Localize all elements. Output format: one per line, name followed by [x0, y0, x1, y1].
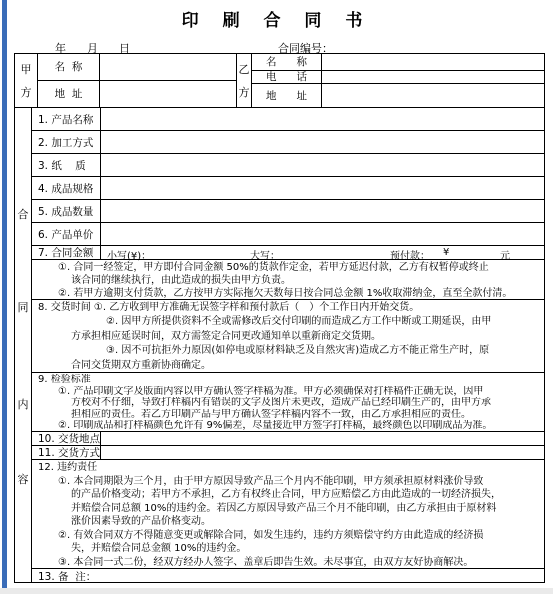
- product-name-row: 1. 产品名称: [32, 108, 544, 131]
- party-a-char-2: 方: [21, 84, 32, 100]
- clause-line: 失，并赔偿合同总金额 10%的违约金。: [32, 542, 544, 556]
- party-b-name-field[interactable]: [322, 54, 544, 70]
- clause-line: 9. 检验标准: [32, 374, 544, 386]
- product-quantity-field[interactable]: [101, 200, 544, 222]
- delivery-time-clause: 8. 交货时间 ①. 乙方收到甲方准确无误签字样和预付款后（ ）个工作日内开始交…: [32, 300, 544, 373]
- processing-method-field[interactable]: [101, 131, 544, 153]
- unit-price-row: 6. 产品单价: [32, 223, 544, 246]
- content-side-label: 合 同 内 容: [15, 108, 32, 582]
- unit-price-field[interactable]: [101, 223, 544, 245]
- clause-line: 该合同的继续执行，由此造成的损失由甲方负责。: [32, 274, 544, 287]
- clause-line: ①. 本合同期限为三个月，由于甲方原因导致产品三个月内不能印刷，甲方须承担原材料…: [32, 475, 544, 489]
- party-b-side-label: 乙 方: [237, 54, 252, 107]
- side-char-3: 内: [15, 396, 31, 412]
- party-b-char-2: 方: [239, 84, 250, 100]
- party-a-name-row: 名 称: [38, 54, 236, 81]
- clause-line: ③. 本合同一式二份，经双方经办人签字、盖章后即告生效。未尽事宜，由双方友好协商…: [32, 556, 544, 570]
- clause-line: ②. 因甲方所提供资料不全或需修改后交付印刷的而造成乙方工作中断或工期延误，由甲: [32, 315, 544, 329]
- party-b-name-label: 名 称: [252, 54, 322, 70]
- product-quantity-row: 5. 成品数量: [32, 200, 544, 223]
- remarks-row[interactable]: 13. 备 注：: [32, 569, 544, 584]
- party-a-char-1: 甲: [21, 61, 32, 77]
- contract-amount-label: 7. 合同金额: [32, 246, 101, 259]
- clause-line: ③. 因不可抗拒外力原因(如停电或原材料缺乏及自然灾害)造成乙方不能正常生产时，…: [32, 344, 544, 358]
- product-spec-row: 4. 成品规格: [32, 177, 544, 200]
- clause-line: ②. 有效合同双方不得随意变更或解除合同，如发生违约，违约方须赔偿守约方由此造成…: [32, 529, 544, 543]
- side-char-1: 合: [15, 206, 31, 222]
- party-b-char-1: 乙: [239, 61, 250, 77]
- party-a-rows: 名 称 地 址: [38, 54, 236, 107]
- delivery-method-label: 11. 交货方式: [32, 446, 101, 459]
- content-main: 1. 产品名称 2. 加工方式 3. 纸 质 4. 成品规格 5. 成品数量: [32, 108, 544, 582]
- party-a-side-label: 甲 方: [15, 54, 38, 107]
- clause-line: ①. 合同一经签定，甲方即付合同金额 50%的货款作定金，若甲方延迟付款，乙方有…: [32, 261, 544, 274]
- delivery-place-field[interactable]: [101, 432, 544, 445]
- delivery-place-row: 10. 交货地点: [32, 432, 544, 446]
- contract-amount-fields[interactable]: 小写(¥)： 大写： 预付款： ¥ 元: [101, 246, 544, 259]
- party-b-name-row: 名 称: [252, 54, 544, 71]
- product-name-field[interactable]: [101, 108, 544, 130]
- product-quantity-label: 5. 成品数量: [32, 200, 101, 222]
- amount-uppercase-label: 大写：: [250, 247, 280, 262]
- yuan-unit-label: 元: [500, 247, 510, 262]
- party-b-address-row: 地 址: [252, 84, 544, 107]
- prepayment-label: 预付款：: [390, 247, 430, 262]
- party-b-phone-label: 电 话: [252, 71, 322, 83]
- parties-header: 甲 方 名 称 地 址 乙 方: [15, 54, 544, 108]
- delivery-place-label: 10. 交货地点: [32, 432, 101, 445]
- window-edge-bar: [2, 0, 7, 588]
- clause-line: 涨价因素导致的产品价格变动。: [32, 515, 544, 529]
- clause-line: 8. 交货时间 ①. 乙方收到甲方准确无误签字样和预付款后（ ）个工作日内开始交…: [32, 301, 544, 315]
- currency-symbol: ¥: [443, 247, 449, 258]
- product-spec-field[interactable]: [101, 177, 544, 199]
- side-char-2: 同: [15, 299, 31, 315]
- page-bottom-edge: [0, 588, 553, 594]
- party-a-name-label: 名 称: [38, 54, 100, 80]
- party-a-address-label: 地 址: [38, 81, 100, 107]
- clause-line: 方承担相应延误时间，双方需签定合同更改通知单以重新商定交货期。: [32, 330, 544, 344]
- clause-line: 担相应的责任。若乙方印刷产品与甲方确认签字样稿内容不一致，由乙方承担相应的责任。: [32, 409, 544, 421]
- clause-line: 合同交货期双方重新协商确定。: [32, 359, 544, 373]
- contract-table: 甲 方 名 称 地 址 乙 方: [14, 53, 545, 583]
- party-b-address-field[interactable]: [322, 84, 544, 107]
- clause-line: 方校对不仔细，导致打样稿内有错误的文字及图片未更改，造成产品已经印刷生产的，由甲…: [32, 397, 544, 409]
- party-b-rows: 名 称 电 话 地 址: [252, 54, 544, 107]
- payment-terms-clause: ①. 合同一经签定，甲方即付合同金额 50%的货款作定金，若甲方延迟付款，乙方有…: [32, 260, 544, 300]
- inspection-standard-clause: 9. 检验标准 ①. 产品印刷文字及版面内容以甲方确认签字样稿为准。甲方必须确保…: [32, 373, 544, 432]
- contract-page: 印 刷 合 同 书 年 月 日 合同编号： 甲 方 名 称 地 址: [0, 0, 553, 594]
- clause-line: ②. 印刷成品和打样稿颜色允许有 9%偏差，尽量接近甲方签字打样稿，最终颜色以印…: [32, 420, 544, 432]
- side-char-4: 容: [15, 471, 31, 487]
- party-a-address-row: 地 址: [38, 81, 236, 107]
- paper-quality-label: 3. 纸 质: [32, 154, 101, 176]
- party-b-phone-field[interactable]: [322, 71, 544, 83]
- breach-liability-clause: 12. 违约责任 ①. 本合同期限为三个月，由于甲方原因导致产品三个月内不能印刷…: [32, 460, 544, 569]
- party-b-phone-row: 电 话: [252, 71, 544, 84]
- clause-line: ②. 若甲方逾期支付货款，乙方按甲方实际拖欠天数每日按合同总金额 1%收取滞纳金…: [32, 287, 544, 300]
- processing-method-label: 2. 加工方式: [32, 131, 101, 153]
- product-name-label: 1. 产品名称: [32, 108, 101, 130]
- page-title: 印 刷 合 同 书: [0, 6, 553, 31]
- unit-price-label: 6. 产品单价: [32, 223, 101, 245]
- party-a-address-field[interactable]: [100, 81, 236, 107]
- delivery-method-field[interactable]: [101, 446, 544, 459]
- contract-amount-row: 7. 合同金额 小写(¥)： 大写： 预付款： ¥ 元: [32, 246, 544, 260]
- party-b-section: 乙 方 名 称 电 话 地 址: [237, 54, 544, 107]
- paper-quality-field[interactable]: [101, 154, 544, 176]
- amount-lowercase-label: 小写(¥)：: [107, 247, 151, 262]
- product-spec-label: 4. 成品规格: [32, 177, 101, 199]
- paper-quality-row: 3. 纸 质: [32, 154, 544, 177]
- clause-line: 12. 违约责任: [32, 461, 544, 475]
- party-a-section: 甲 方 名 称 地 址: [15, 54, 237, 107]
- party-b-address-label: 地 址: [252, 84, 322, 107]
- delivery-method-row: 11. 交货方式: [32, 446, 544, 460]
- clause-line: 的产品价格变动；若甲方不承担，乙方有权终止合同，甲方应赔偿乙方由此造成的一切经济…: [32, 488, 544, 502]
- clause-line: ①. 产品印刷文字及版面内容以甲方确认签字样稿为准。甲方必须确保对打样稿件正确无…: [32, 386, 544, 398]
- party-a-name-field[interactable]: [100, 54, 236, 80]
- clause-line: 并赔偿合同总额 10%的违约金。若因乙方原因导致产品三个月不能印刷，由乙方承担由…: [32, 502, 544, 516]
- contract-content: 合 同 内 容 1. 产品名称 2. 加工方式 3. 纸 质: [15, 108, 544, 582]
- processing-method-row: 2. 加工方式: [32, 131, 544, 154]
